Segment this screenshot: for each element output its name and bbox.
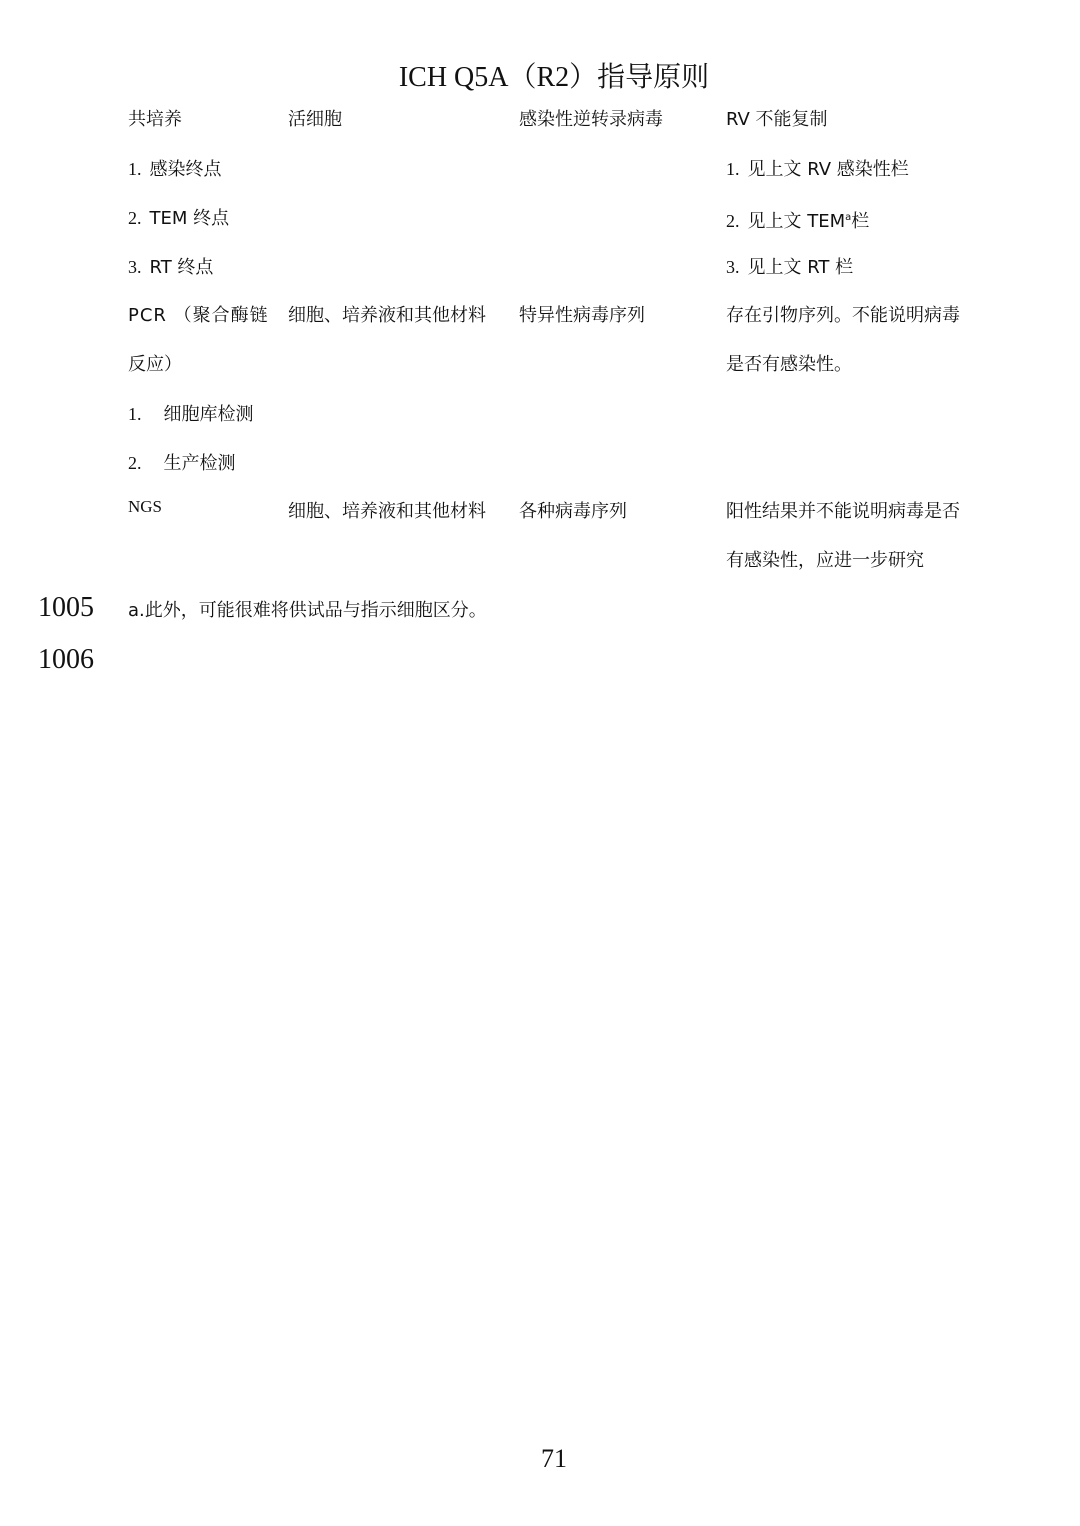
- limitation-rv-no-replication: RV 不能复制: [726, 107, 828, 133]
- method-pcr-line1: PCR （聚合酶链: [128, 303, 269, 329]
- detects-pcr: 特异性病毒序列: [519, 303, 645, 329]
- line-number-1005: 1005: [38, 592, 94, 624]
- limitation-ngs-line1: 阳性结果并不能说明病毒是否: [726, 499, 960, 525]
- coculture-item-3: 3.RT 终点: [128, 254, 213, 281]
- line-number-1006: 1006: [38, 644, 94, 676]
- method-coculture: 共培养: [128, 107, 182, 133]
- sample-ngs: 细胞、培养液和其他材料: [288, 499, 486, 525]
- limitation-item-3: 3.见上文 RT 栏: [726, 254, 853, 281]
- detects-infectious-rv: 感染性逆转录病毒: [519, 107, 663, 133]
- sample-pcr: 细胞、培养液和其他材料: [288, 303, 486, 329]
- page-title: ICH Q5A（R2）指导原则: [0, 58, 1080, 98]
- coculture-item-1: 1.感染终点: [128, 156, 222, 183]
- limitation-item-1: 1.见上文 RV 感染性栏: [726, 156, 909, 183]
- method-pcr-line2: 反应）: [128, 352, 182, 378]
- pcr-item-1: 1.细胞库检测: [128, 401, 254, 428]
- coculture-item-2: 2.TEM 终点: [128, 205, 229, 232]
- page-number: 71: [0, 1444, 1080, 1474]
- limitation-item-2: 2.见上文 TEMa栏: [726, 205, 869, 235]
- sample-live-cells: 活细胞: [288, 107, 342, 133]
- detects-ngs: 各种病毒序列: [519, 499, 627, 525]
- pcr-item-2: 2.生产检测: [128, 450, 236, 477]
- limitation-pcr-line2: 是否有感染性。: [726, 352, 852, 378]
- limitation-pcr-line1: 存在引物序列。不能说明病毒: [726, 303, 960, 329]
- limitation-ngs-line2: 有感染性，应进一步研究: [726, 548, 924, 574]
- footnote-a: a.此外，可能很难将供试品与指示细胞区分。: [128, 598, 487, 624]
- method-ngs: NGS: [128, 494, 162, 520]
